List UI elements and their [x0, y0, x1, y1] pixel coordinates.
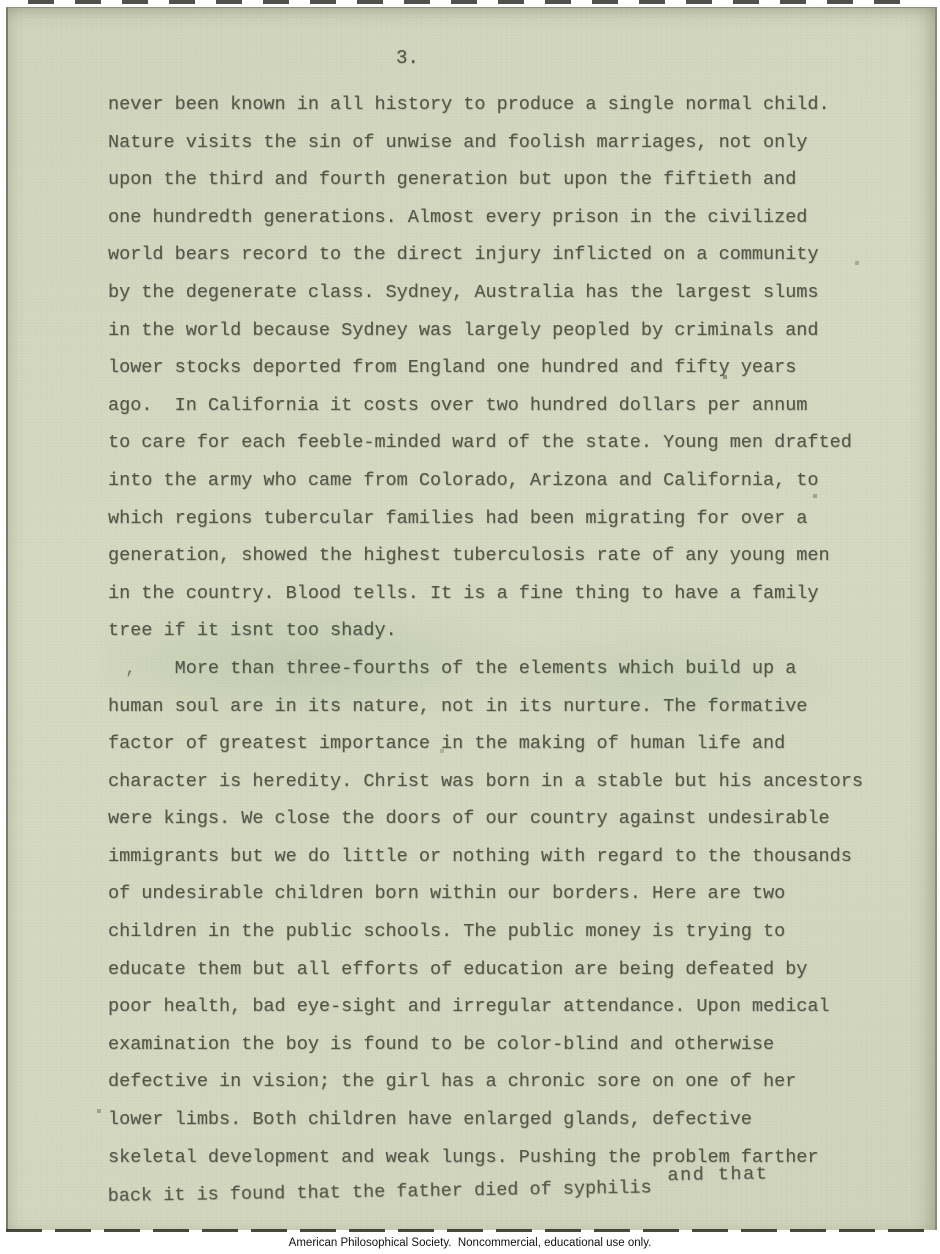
typed-line: lower limbs. Both children have enlarged… [108, 1101, 908, 1139]
typed-line: skeletal development and weak lungs. Pus… [108, 1139, 908, 1177]
typed-text-block: never been known in all history to produ… [108, 86, 908, 1176]
typed-line: factor of greatest importance in the mak… [108, 725, 908, 763]
typed-line: never been known in all history to produ… [108, 86, 908, 124]
typed-line: human soul are in its nature, not in its… [108, 688, 908, 726]
typed-line: children in the public schools. The publ… [108, 913, 908, 951]
typed-line: Nature visits the sin of unwise and fool… [108, 124, 908, 162]
typed-line: which regions tubercular families had be… [108, 500, 908, 538]
typed-line: of undesirable children born within our … [108, 875, 908, 913]
scanned-page: 3. never been known in all history to pr… [6, 7, 937, 1230]
typed-line: lower stocks deported from England one h… [108, 349, 908, 387]
page-number: 3. [396, 46, 419, 70]
typed-line: one hundredth generations. Almost every … [108, 199, 908, 237]
scan-speck-artifacts [8, 8, 10, 10]
typed-line: in the world because Sydney was largely … [108, 312, 908, 350]
attribution-text: American Philosophical Society. Noncomme… [289, 1237, 652, 1249]
stray-apostrophe-mark: ’ [124, 670, 135, 690]
typed-line: More than three-fourths of the elements … [108, 650, 908, 688]
typed-line: character is heredity. Christ was born i… [108, 763, 908, 801]
typed-line: examination the boy is found to be color… [108, 1026, 908, 1064]
typed-line-last-main: back it is found that the father died of… [108, 1177, 652, 1207]
typed-line: ago. In California it costs over two hun… [108, 387, 908, 425]
typed-line: to care for each feeble-minded ward of t… [108, 424, 908, 462]
typed-line: in the country. Blood tells. It is a fin… [108, 575, 908, 613]
typed-line: tree if it isnt too shady. [108, 612, 908, 650]
typed-line: educate them but all efforts of educatio… [108, 951, 908, 989]
typed-line: were kings. We close the doors of our co… [108, 800, 908, 838]
typed-line: into the army who came from Colorado, Ar… [108, 462, 908, 500]
typed-line: upon the third and fourth generation but… [108, 161, 908, 199]
scan-edge-artifact-top [28, 0, 908, 4]
typed-line: by the degenerate class. Sydney, Austral… [108, 274, 908, 312]
typed-line: defective in vision; the girl has a chro… [108, 1063, 908, 1101]
typed-line: immigrants but we do little or nothing w… [108, 838, 908, 876]
typed-line: world bears record to the direct injury … [108, 236, 908, 274]
typed-insertion-above-line: and that [667, 1164, 768, 1187]
attribution-bar: American Philosophical Society. Noncomme… [0, 1232, 940, 1254]
typed-line: generation, showed the highest tuberculo… [108, 537, 908, 575]
typed-line: poor health, bad eye-sight and irregular… [108, 988, 908, 1026]
